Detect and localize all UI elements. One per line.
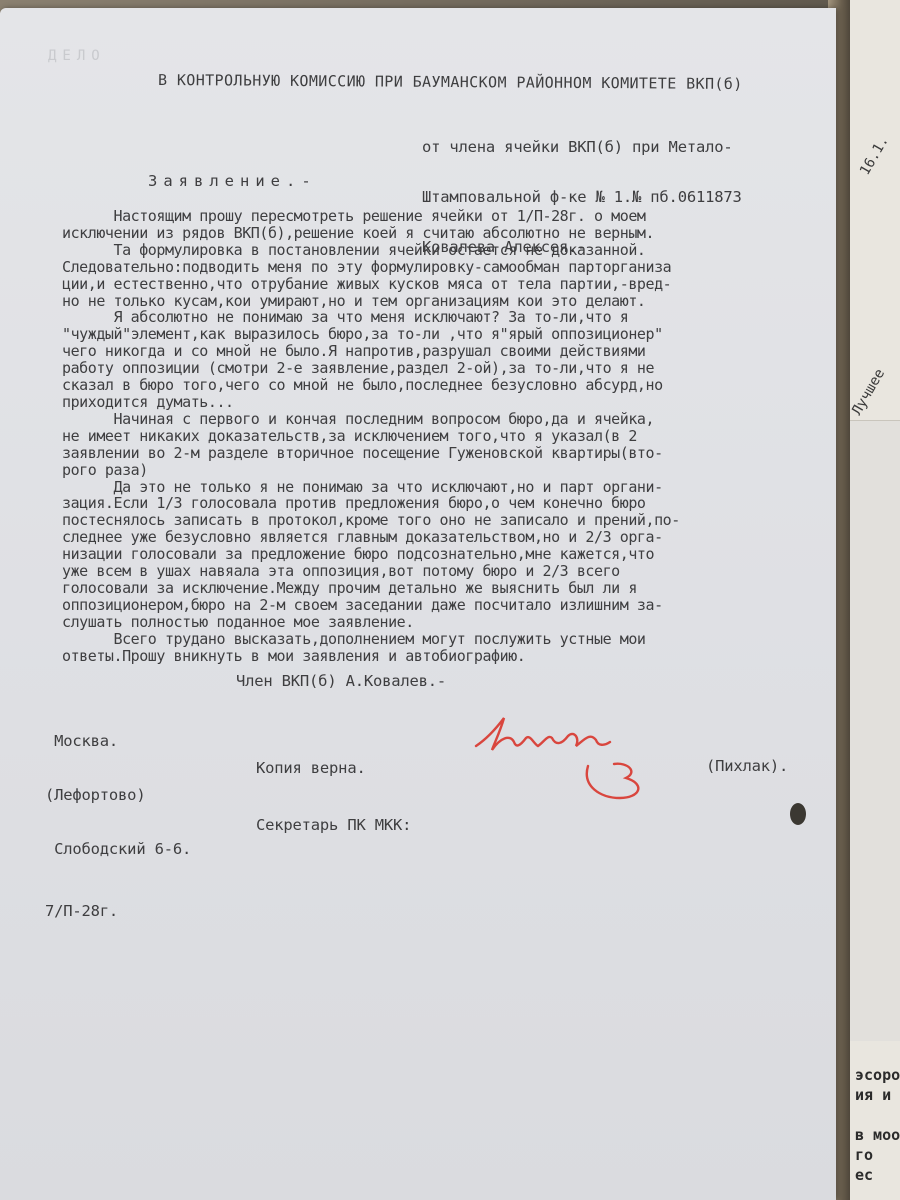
fragment-line xyxy=(855,1105,900,1125)
addressee: В КОНТРОЛЬНУЮ КОМИССИЮ ПРИ БАУМАНСКОМ РА… xyxy=(158,72,743,93)
sender-line: Штамповальной ф-ке № 1.№ пб.0611873 xyxy=(422,189,742,206)
punch-hole xyxy=(790,803,806,825)
document-heading: Заявление.- xyxy=(148,173,317,190)
statement-line: Та формулировка в постановлении ячейки о… xyxy=(62,242,680,259)
statement-line: Да это не только я не понимаю за что иск… xyxy=(62,479,680,496)
fragment-line: го xyxy=(855,1145,900,1165)
statement-line: работу оппозиции (смотри 2-е заявление,р… xyxy=(62,360,680,377)
statement-line: слушать полностью поданное мое заявление… xyxy=(62,614,680,631)
statement-line: Настоящим прошу пересмотреть решение яче… xyxy=(62,208,680,225)
statement-line: низации голосовали за предложение бюро п… xyxy=(62,546,680,563)
copy-line: Секретарь ПК МКК: xyxy=(256,816,411,835)
adjacent-sheet-text-fragment: Лучшее xyxy=(849,366,888,418)
fragment-line: ия и xyxy=(855,1085,900,1105)
statement-line: Всего трудано высказать,дополнением могу… xyxy=(62,631,680,648)
author-signoff: Член ВКП(б) А.Ковалев.- xyxy=(236,673,446,690)
sender-line: от члена ячейки ВКП(б) при Метало- xyxy=(422,139,742,156)
statement-line: но не только кусам,кои умирают,но и тем … xyxy=(62,293,680,310)
statement-line: ответы.Прошу вникнуть в мои заявления и … xyxy=(62,648,680,665)
statement-line: приходится думать... xyxy=(62,394,680,411)
fragment-line: ес xyxy=(855,1165,900,1185)
statement-line: уже всем в ушах навяала эта оппозиция,во… xyxy=(62,563,680,580)
red-ink-signature xyxy=(470,716,680,806)
secretary-name: (Пихлак). xyxy=(706,758,788,775)
statement-line: Следовательно:подводить меня по эту форм… xyxy=(62,259,680,276)
copy-certification: Копия верна. Секретарь ПК МКК: xyxy=(256,721,411,873)
statement-line: заявлении во 2-м разделе вторичное посещ… xyxy=(62,445,680,462)
address-line: Слободский 6-6. xyxy=(45,840,191,858)
statement-line: "чуждый"элемент,как выразилось бюро,за т… xyxy=(62,326,680,343)
fragment-line: в моо xyxy=(855,1125,900,1145)
statement-body: Настоящим прошу пересмотреть решение яче… xyxy=(62,208,680,664)
statement-line: постеснялось записать в протокол,кроме т… xyxy=(62,512,680,529)
address-line: Москва. xyxy=(45,732,191,750)
statement-line: Я абсолютно не понимаю за что меня исклю… xyxy=(62,309,680,326)
statement-line: чего никогда и со мной не было.Я напроти… xyxy=(62,343,680,360)
statement-line: голосовали за исключение.Между прочим де… xyxy=(62,580,680,597)
adjacent-sheet-date-fragment: 16.1. xyxy=(857,133,892,178)
statement-line: исключении из рядов ВКП(б),решение коей … xyxy=(62,225,680,242)
adjacent-sheet-bottom-fragment: эсоро ия и в моо го ес xyxy=(855,1065,900,1185)
statement-line: Начиная с первого и кончая последним воп… xyxy=(62,411,680,428)
statement-line: зация.Если 1/3 голосовала против предлож… xyxy=(62,495,680,512)
statement-line: оппозиционером,бюро на 2-м своем заседан… xyxy=(62,597,680,614)
faded-stamp: ДЕЛО xyxy=(48,48,106,64)
statement-line: не имеет никаких доказательств,за исключ… xyxy=(62,428,680,445)
fragment-line: эсоро xyxy=(855,1065,900,1085)
address-line: (Лефортово) xyxy=(45,786,191,804)
document-date: 7/П-28г. xyxy=(45,902,191,920)
statement-line: ции,и естественно,что отрубание живых ку… xyxy=(62,276,680,293)
folded-tab-sheet xyxy=(848,420,900,1041)
statement-line: следнее уже безусловно является главным … xyxy=(62,529,680,546)
author-address: Москва. (Лефортово) Слободский 6-6. 7/П-… xyxy=(45,696,191,956)
copy-line: Копия верна. xyxy=(256,759,411,778)
statement-line: рого раза) xyxy=(62,462,680,479)
document-page: ДЕЛО В КОНТРОЛЬНУЮ КОМИССИЮ ПРИ БАУМАНСК… xyxy=(0,8,836,1200)
statement-line: сказал в бюро того,чего со мной не было,… xyxy=(62,377,680,394)
